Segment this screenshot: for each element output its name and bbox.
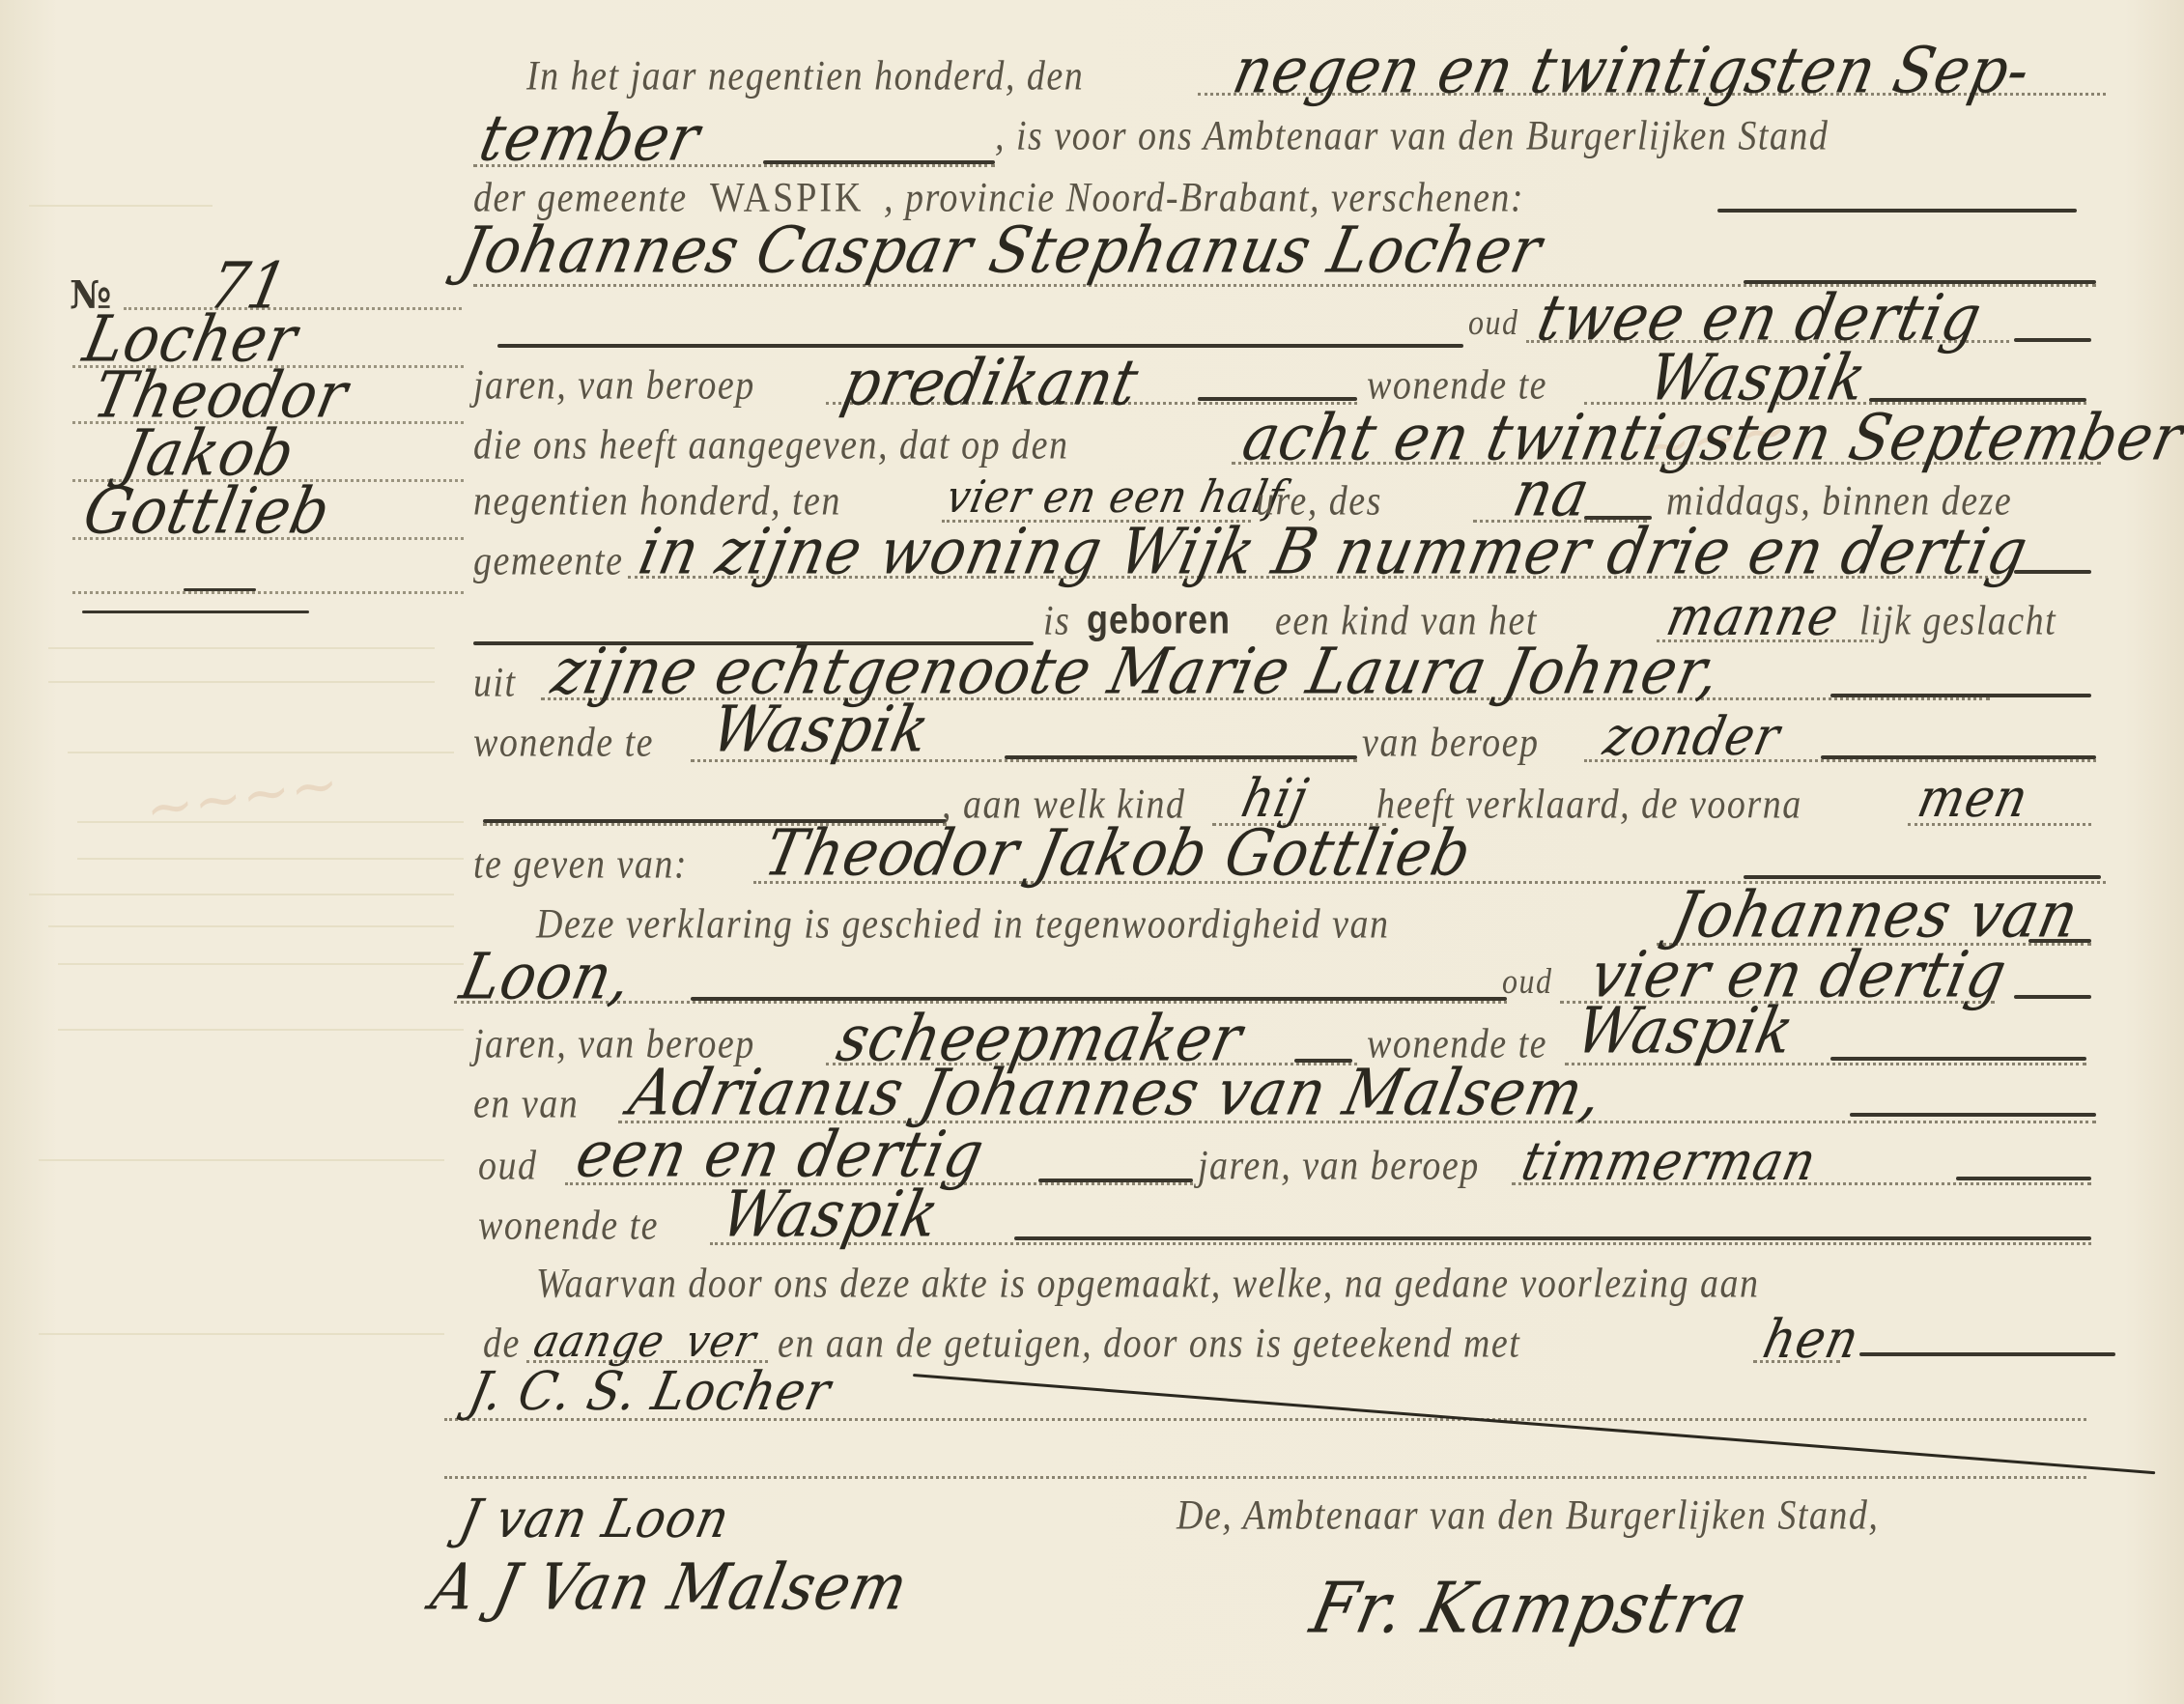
ghost-rule: [48, 647, 435, 649]
printed-text: uit: [473, 658, 517, 707]
birth-certificate-page: ~~~~ ~~~ № 71 Locher Theodor Jakob Gottl…: [0, 0, 2184, 1704]
bleed-through-ink: ~~~~: [141, 750, 343, 843]
printed-text: In het jaar negentien honderd, den: [526, 51, 1084, 100]
margin-rule: [82, 611, 309, 613]
witness-1-name-cont: Loon,: [454, 940, 638, 1014]
printed-text: oud: [478, 1141, 538, 1190]
printed-text: , is voor ons Ambtenaar van den Burgerli…: [995, 111, 1829, 160]
filler-rule: [763, 160, 995, 164]
ghost-rule: [29, 205, 213, 207]
mother-residence: Waspik: [705, 693, 936, 767]
filler-rule: [691, 997, 1507, 1001]
printed-text: wonende te: [478, 1201, 659, 1250]
signature-dotted-line: [444, 1476, 2086, 1479]
birth-place: in zijne woning Wijk B nummer drie en de…: [633, 515, 2034, 589]
filler-rule: [1859, 1352, 2115, 1356]
declarant-occupation: predikant: [836, 346, 1145, 420]
printed-text: van beroep: [1362, 718, 1539, 767]
filler-rule: [1014, 1236, 2091, 1240]
official-title: De, Ambtenaar van den Burgerlijken Stand…: [1177, 1491, 1879, 1540]
printed-text: jaren, van beroep: [1198, 1141, 1480, 1190]
witness-2-residence: Waspik: [715, 1178, 946, 1252]
printed-text: oud: [1502, 960, 1553, 1002]
printed-text: die ons heeft aangegeven, dat op den: [473, 420, 1068, 469]
filler-rule: [2014, 338, 2091, 342]
filler-rule: [1956, 1177, 2091, 1180]
witness-2-occupation: timmerman: [1517, 1130, 1822, 1192]
filler-rule: [1005, 755, 1357, 759]
printed-text: Waarvan door ons deze akte is opgemaakt,…: [536, 1259, 1759, 1308]
printed-text: oud: [1468, 301, 1519, 343]
signature-witness-2: A J Van Malsem: [425, 1550, 915, 1625]
printed-text: en van: [473, 1079, 579, 1128]
signature-declarant: J. C. S. Locher: [464, 1360, 837, 1422]
ghost-rule: [48, 925, 454, 927]
ghost-rule: [29, 894, 454, 895]
printed-text: te geven van:: [473, 839, 688, 889]
margin-rule: [184, 588, 256, 591]
mother-occupation: zonder: [1599, 705, 1786, 767]
ghost-rule: [68, 752, 454, 753]
voornamen-suffix: men: [1913, 767, 2034, 829]
filler-rule: [2014, 570, 2091, 574]
printed-text: Deze verklaring is geschied in tegenwoor…: [536, 899, 1389, 949]
child-given-names: Theodor Jakob Gottlieb: [758, 816, 1478, 891]
margin-dotted-line: [72, 591, 464, 594]
aangever-prefix: aange: [529, 1315, 669, 1367]
ghost-rule: [39, 1159, 444, 1161]
ghost-rule: [77, 858, 464, 860]
printed-text: wonende te: [473, 718, 654, 767]
signature-flourish: [1285, 1688, 1291, 1689]
signature-witness-1: J van Loon: [454, 1488, 735, 1549]
printed-text: jaren, van beroep: [473, 360, 755, 410]
ghost-rule: [39, 1333, 444, 1335]
filler-rule: [1038, 1179, 1193, 1182]
filler-rule: [2014, 995, 2091, 999]
signature-official: Fr. Kampstra: [1304, 1567, 1755, 1649]
margin-given-name: Gottlieb: [77, 474, 337, 549]
printed-text: en aan de getuigen, door ons is geteeken…: [778, 1319, 1520, 1368]
filler-rule: [1717, 209, 2077, 213]
filler-rule: [1830, 1057, 2086, 1061]
handwritten-date: negen en twintigsten Sep-: [1227, 34, 2037, 108]
ghost-rule: [58, 963, 464, 965]
printed-text: gemeente: [473, 536, 623, 585]
ghost-rule: [48, 681, 435, 683]
strike-through-line: [913, 1374, 2155, 1474]
printed-text: lijk geslacht: [1859, 596, 2056, 645]
aangever-suffix: ver: [681, 1315, 761, 1367]
filler-rule: [1821, 755, 2096, 759]
handwritten-month: tember: [473, 101, 706, 176]
filler-rule: [2028, 939, 2091, 943]
declarant-name: Johannes Caspar Stephanus Locher: [454, 213, 1548, 288]
birth-date: acht en twintigsten September: [1236, 401, 2184, 475]
filler-rule: [1850, 1113, 2096, 1117]
signed-with: hen: [1758, 1308, 1865, 1370]
ghost-rule: [58, 1029, 464, 1031]
filler-rule: [1830, 694, 2091, 697]
